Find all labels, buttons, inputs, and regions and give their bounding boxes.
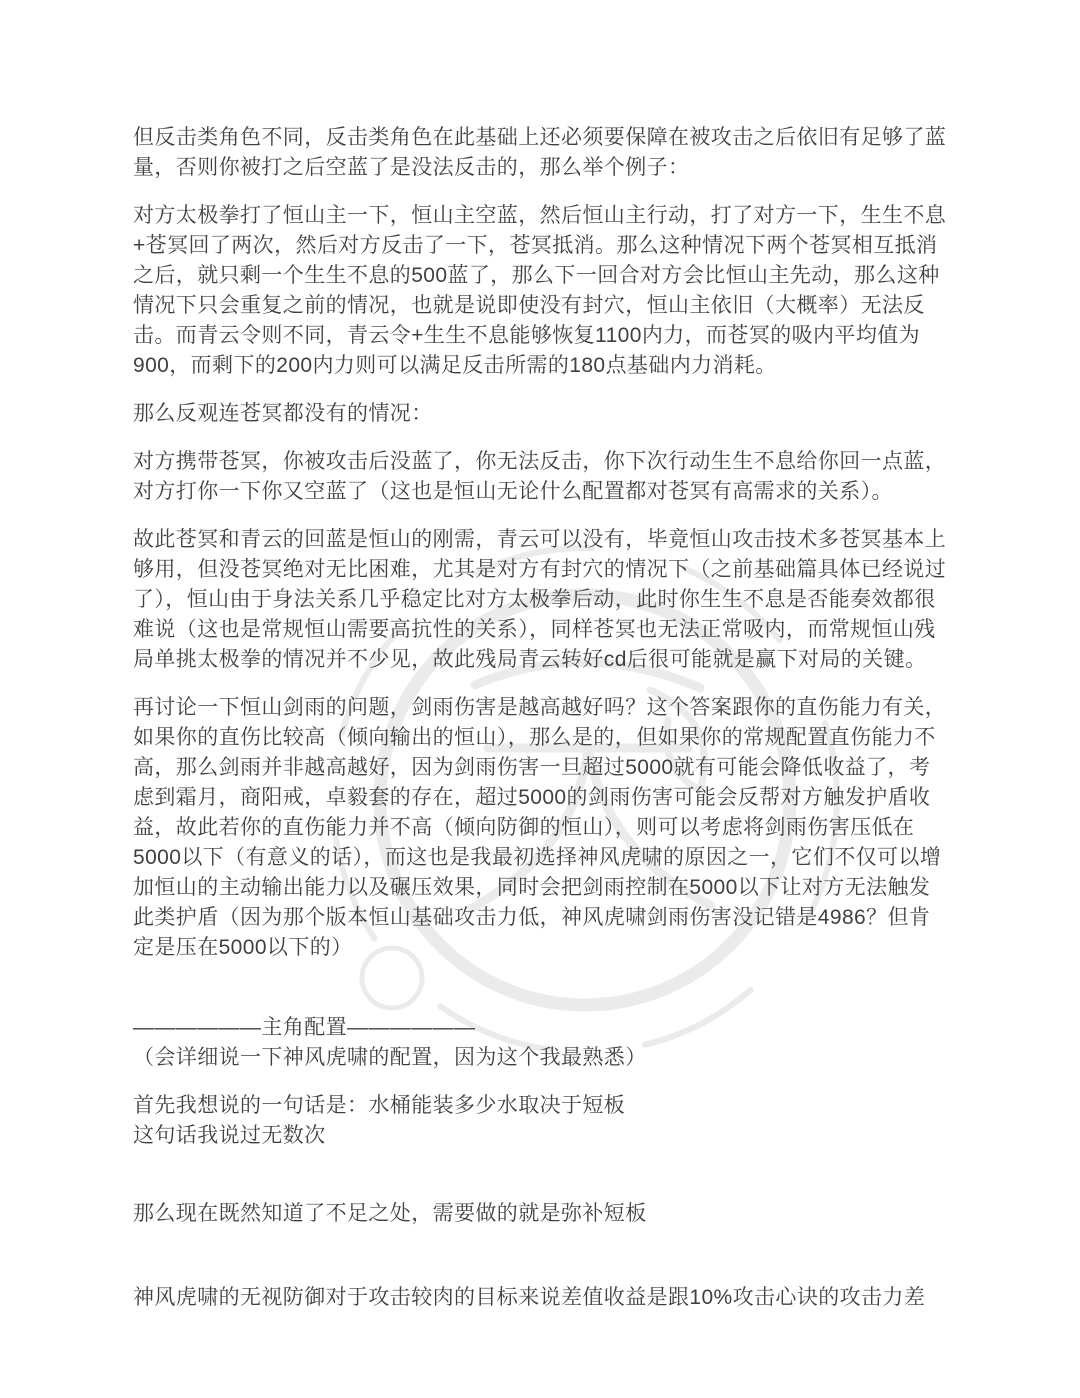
document-page: 但反击类角色不同，反击类角色在此基础上还必须要保障在被攻击之后依旧有足够了蓝量，…	[0, 0, 1080, 1398]
section-note: （会详细说一下神风虎啸的配置，因为这个我最熟悉）	[133, 1043, 948, 1073]
paragraph-fix-shortboard: 那么现在既然知道了不足之处，需要做的就是弥补短板	[133, 1199, 948, 1229]
paragraph-ignore-defense: 神风虎啸的无视防御对于攻击较肉的目标来说差值收益是跟10%攻击心诀的攻击力差	[133, 1283, 948, 1313]
paragraph-mana-regen-need: 故此苍冥和青云的回蓝是恒山的刚需，青云可以没有，毕竟恒山攻击技术多苍冥基本上够用…	[133, 525, 948, 675]
paragraph-counter-roles: 但反击类角色不同，反击类角色在此基础上还必须要保障在被攻击之后依旧有足够了蓝量，…	[133, 123, 948, 183]
section-divider-title: ——————主角配置——————	[133, 1013, 948, 1043]
paragraph-no-cangming-intro: 那么反观连苍冥都没有的情况：	[133, 399, 948, 429]
article-body: 但反击类角色不同，反击类角色在此基础上还必须要保障在被攻击之后依旧有足够了蓝量，…	[133, 123, 948, 1313]
paragraph-no-cangming-case: 对方携带苍冥，你被攻击后没蓝了，你无法反击，你下次行动生生不息给你回一点蓝，对方…	[133, 447, 948, 507]
paragraph-bucket-quote-line1: 首先我想说的一句话是：水桶能装多少水取决于短板	[133, 1091, 948, 1121]
paragraph-bucket-quote-line2: 这句话我说过无数次	[133, 1121, 948, 1151]
paragraph-sword-rain: 再讨论一下恒山剑雨的问题，剑雨伤害是越高越好吗？这个答案跟你的直伤能力有关，如果…	[133, 693, 948, 963]
paragraph-taiji-example: 对方太极拳打了恒山主一下，恒山主空蓝，然后恒山主行动，打了对方一下，生生不息+苍…	[133, 201, 948, 381]
